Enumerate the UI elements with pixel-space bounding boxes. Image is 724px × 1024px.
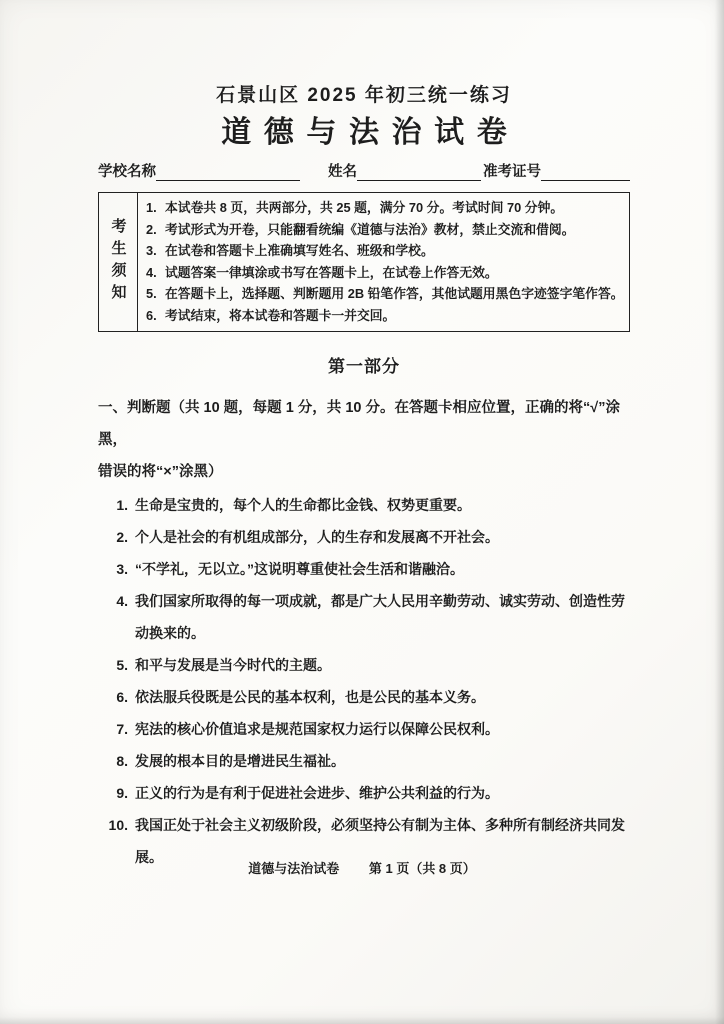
question-text: 个人是社会的有机组成部分，人的生存和发展离不开社会。: [135, 521, 630, 553]
school-name-blank: [156, 163, 300, 181]
school-name-label: 学校名称: [98, 163, 156, 181]
admission-number-label: 准考证号: [483, 163, 541, 181]
admission-number-blank: [541, 163, 630, 181]
student-name-label: 姓名: [328, 163, 357, 181]
notice-item: 1. 本试卷共 8 页，共两部分，共 25 题，满分 70 分。考试时间 70 …: [146, 197, 625, 219]
question-text: 我们国家所取得的每一项成就，都是广大人民用辛勤劳动、诚实劳动、创造性劳动换来的。: [135, 585, 630, 649]
notice-item-text: 在答题卡上，选择题、判断题用 2B 铅笔作答，其他试题用黑色字迹签字笔作答。: [165, 283, 625, 305]
notice-item-number: 1.: [146, 197, 165, 219]
notice-item-number: 6.: [146, 305, 165, 327]
question-number: 5.: [98, 649, 135, 681]
question-number: 9.: [98, 777, 135, 809]
notice-item: 3. 在试卷和答题卡上准确填写姓名、班级和学校。: [146, 240, 625, 262]
notice-item-text: 试题答案一律填涂或书写在答题卡上，在试卷上作答无效。: [165, 262, 625, 284]
question-item: 7. 宪法的核心价值追求是规范国家权力运行以保障公民权利。: [98, 713, 630, 745]
notice-item-text: 考试形式为开卷，只能翻看统编《道德与法治》教材，禁止交流和借阅。: [165, 219, 625, 241]
question-item: 3. “不学礼，无以立。”这说明尊重使社会生活和谐融洽。: [98, 553, 630, 585]
notice-item-number: 4.: [146, 262, 165, 284]
section-instruction: 一、判断题（共 10 题，每题 1 分，共 10 分。在答题卡相应位置，正确的将…: [98, 392, 630, 488]
question-item: 8. 发展的根本目的是增进民生福祉。: [98, 745, 630, 777]
question-number: 1.: [98, 489, 135, 521]
page-content: 石景山区 2025 年初三统一练习 道德与法治试卷 学校名称 姓名 准考证号 考…: [0, 0, 724, 873]
notice-item: 5. 在答题卡上，选择题、判断题用 2B 铅笔作答，其他试题用黑色字迹签字笔作答…: [146, 283, 625, 305]
question-text: 正义的行为是有利于促进社会进步、维护公共利益的行为。: [135, 777, 630, 809]
section-instruction-line2: 错误的将“×”涂黑）: [98, 456, 630, 488]
question-text: 依法服兵役既是公民的基本权利，也是公民的基本义务。: [135, 681, 630, 713]
student-name-blank: [357, 163, 481, 181]
question-item: 4. 我们国家所取得的每一项成就，都是广大人民用辛勤劳动、诚实劳动、创造性劳动换…: [98, 585, 630, 649]
notice-item-number: 3.: [146, 240, 165, 262]
notice-item: 6. 考试结束，将本试卷和答题卡一并交回。: [146, 305, 625, 327]
question-item: 2. 个人是社会的有机组成部分，人的生存和发展离不开社会。: [98, 521, 630, 553]
question-number: 2.: [98, 521, 135, 553]
student-info-row: 学校名称 姓名 准考证号: [98, 163, 630, 181]
section-instruction-line1: 一、判断题（共 10 题，每题 1 分，共 10 分。在答题卡相应位置，正确的将…: [98, 392, 630, 456]
question-item: 5. 和平与发展是当今时代的主题。: [98, 649, 630, 681]
footer-doc-name: 道德与法治试卷: [248, 861, 339, 876]
notice-item-text: 本试卷共 8 页，共两部分，共 25 题，满分 70 分。考试时间 70 分钟。: [165, 197, 625, 219]
question-text: 发展的根本目的是增进民生福祉。: [135, 745, 630, 777]
exam-paper-page: 石景山区 2025 年初三统一练习 道德与法治试卷 学校名称 姓名 准考证号 考…: [0, 0, 724, 1024]
question-text: 和平与发展是当今时代的主题。: [135, 649, 630, 681]
page-title: 道德与法治试卷: [98, 114, 630, 152]
question-number: 4.: [98, 585, 135, 649]
notice-item-text: 考试结束，将本试卷和答题卡一并交回。: [165, 305, 625, 327]
question-item: 1. 生命是宝贵的，每个人的生命都比金钱、权势更重要。: [98, 489, 630, 521]
notice-item-number: 5.: [146, 283, 165, 305]
question-number: 3.: [98, 553, 135, 585]
notice-item-text: 在试卷和答题卡上准确填写姓名、班级和学校。: [165, 240, 625, 262]
question-text: 宪法的核心价值追求是规范国家权力运行以保障公民权利。: [135, 713, 630, 745]
notice-side-label: 考生须知: [111, 218, 126, 306]
notice-item: 4. 试题答案一律填涂或书写在答题卡上，在试卷上作答无效。: [146, 262, 625, 284]
notice-side-column: 考生须知: [99, 193, 138, 331]
exam-session-title: 石景山区 2025 年初三统一练习: [98, 84, 630, 108]
question-list: 1. 生命是宝贵的，每个人的生命都比金钱、权势更重要。 2. 个人是社会的有机组…: [98, 489, 630, 873]
question-text: “不学礼，无以立。”这说明尊重使社会生活和谐融洽。: [135, 553, 630, 585]
examinee-notice-box: 考生须知 1. 本试卷共 8 页，共两部分，共 25 题，满分 70 分。考试时…: [98, 192, 630, 332]
question-item: 9. 正义的行为是有利于促进社会进步、维护公共利益的行为。: [98, 777, 630, 809]
footer-page-number: 第 1 页（共 8 页）: [369, 861, 476, 876]
section-heading: 第一部分: [98, 356, 630, 378]
notice-list: 1. 本试卷共 8 页，共两部分，共 25 题，满分 70 分。考试时间 70 …: [138, 193, 629, 331]
page-footer: 道德与法治试卷 第 1 页（共 8 页）: [0, 858, 724, 877]
question-text: 生命是宝贵的，每个人的生命都比金钱、权势更重要。: [135, 489, 630, 521]
question-number: 8.: [98, 745, 135, 777]
question-number: 7.: [98, 713, 135, 745]
question-item: 6. 依法服兵役既是公民的基本权利，也是公民的基本义务。: [98, 681, 630, 713]
question-number: 6.: [98, 681, 135, 713]
notice-item: 2. 考试形式为开卷，只能翻看统编《道德与法治》教材，禁止交流和借阅。: [146, 219, 625, 241]
notice-item-number: 2.: [146, 219, 165, 241]
